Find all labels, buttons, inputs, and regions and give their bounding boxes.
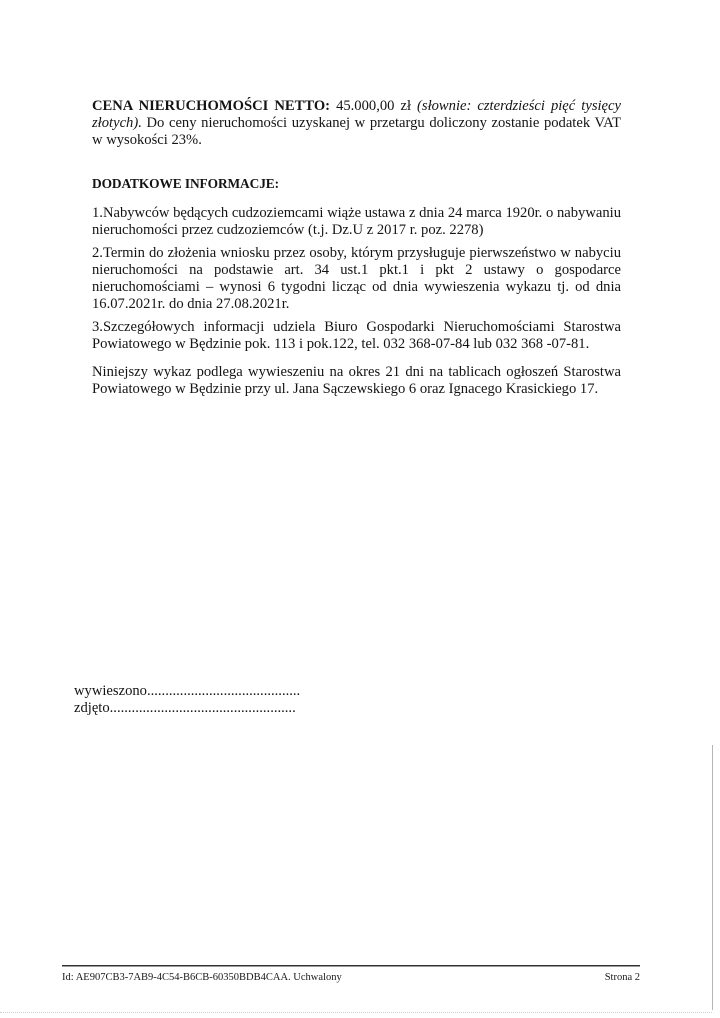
price-label: CENA NIERUCHOMOŚCI NETTO:	[92, 98, 330, 114]
posted-line: wywieszono..............................…	[74, 683, 300, 700]
price-paragraph: CENA NIERUCHOMOŚCI NETTO: 45.000,00 zł (…	[92, 98, 621, 149]
price-amount: 45.000,00 zł	[336, 98, 411, 114]
posting-notice: Niniejszy wykaz podlega wywieszeniu na o…	[92, 364, 621, 398]
info-item-2: 2.Termin do złożenia wniosku przez osoby…	[92, 245, 621, 313]
footer-page-number: Strona 2	[605, 971, 640, 984]
posting-notice-text: Niniejszy wykaz podlega wywieszeniu na o…	[92, 364, 621, 398]
info-item-text: 3.Szczegółowych informacji udziela Biuro…	[92, 319, 621, 353]
info-item-text: 2.Termin do złożenia wniosku przez osoby…	[92, 245, 621, 313]
info-item-1: 1.Nabywców będących cudzoziemcami wiąże …	[92, 205, 621, 239]
footer-document-id: Id: AE907CB3-7AB9-4C54-B6CB-60350BDB4CAA…	[62, 971, 342, 984]
posting-signature-block: wywieszono..............................…	[74, 683, 300, 717]
info-item-3: 3.Szczegółowych informacji udziela Biuro…	[92, 319, 621, 353]
footer-divider	[62, 965, 640, 966]
removed-line: zdjęto..................................…	[74, 700, 300, 717]
info-item-text: 1.Nabywców będących cudzoziemcami wiąże …	[92, 205, 621, 239]
document-page: CENA NIERUCHOMOŚCI NETTO: 45.000,00 zł (…	[0, 0, 720, 1018]
additional-info-heading: DODATKOWE INFORMACJE:	[92, 176, 279, 192]
scan-edge-bottom	[0, 1012, 712, 1014]
scan-edge-right	[712, 745, 713, 1010]
vat-note: Do ceny nieruchomości uzyskanej w przeta…	[92, 115, 621, 148]
